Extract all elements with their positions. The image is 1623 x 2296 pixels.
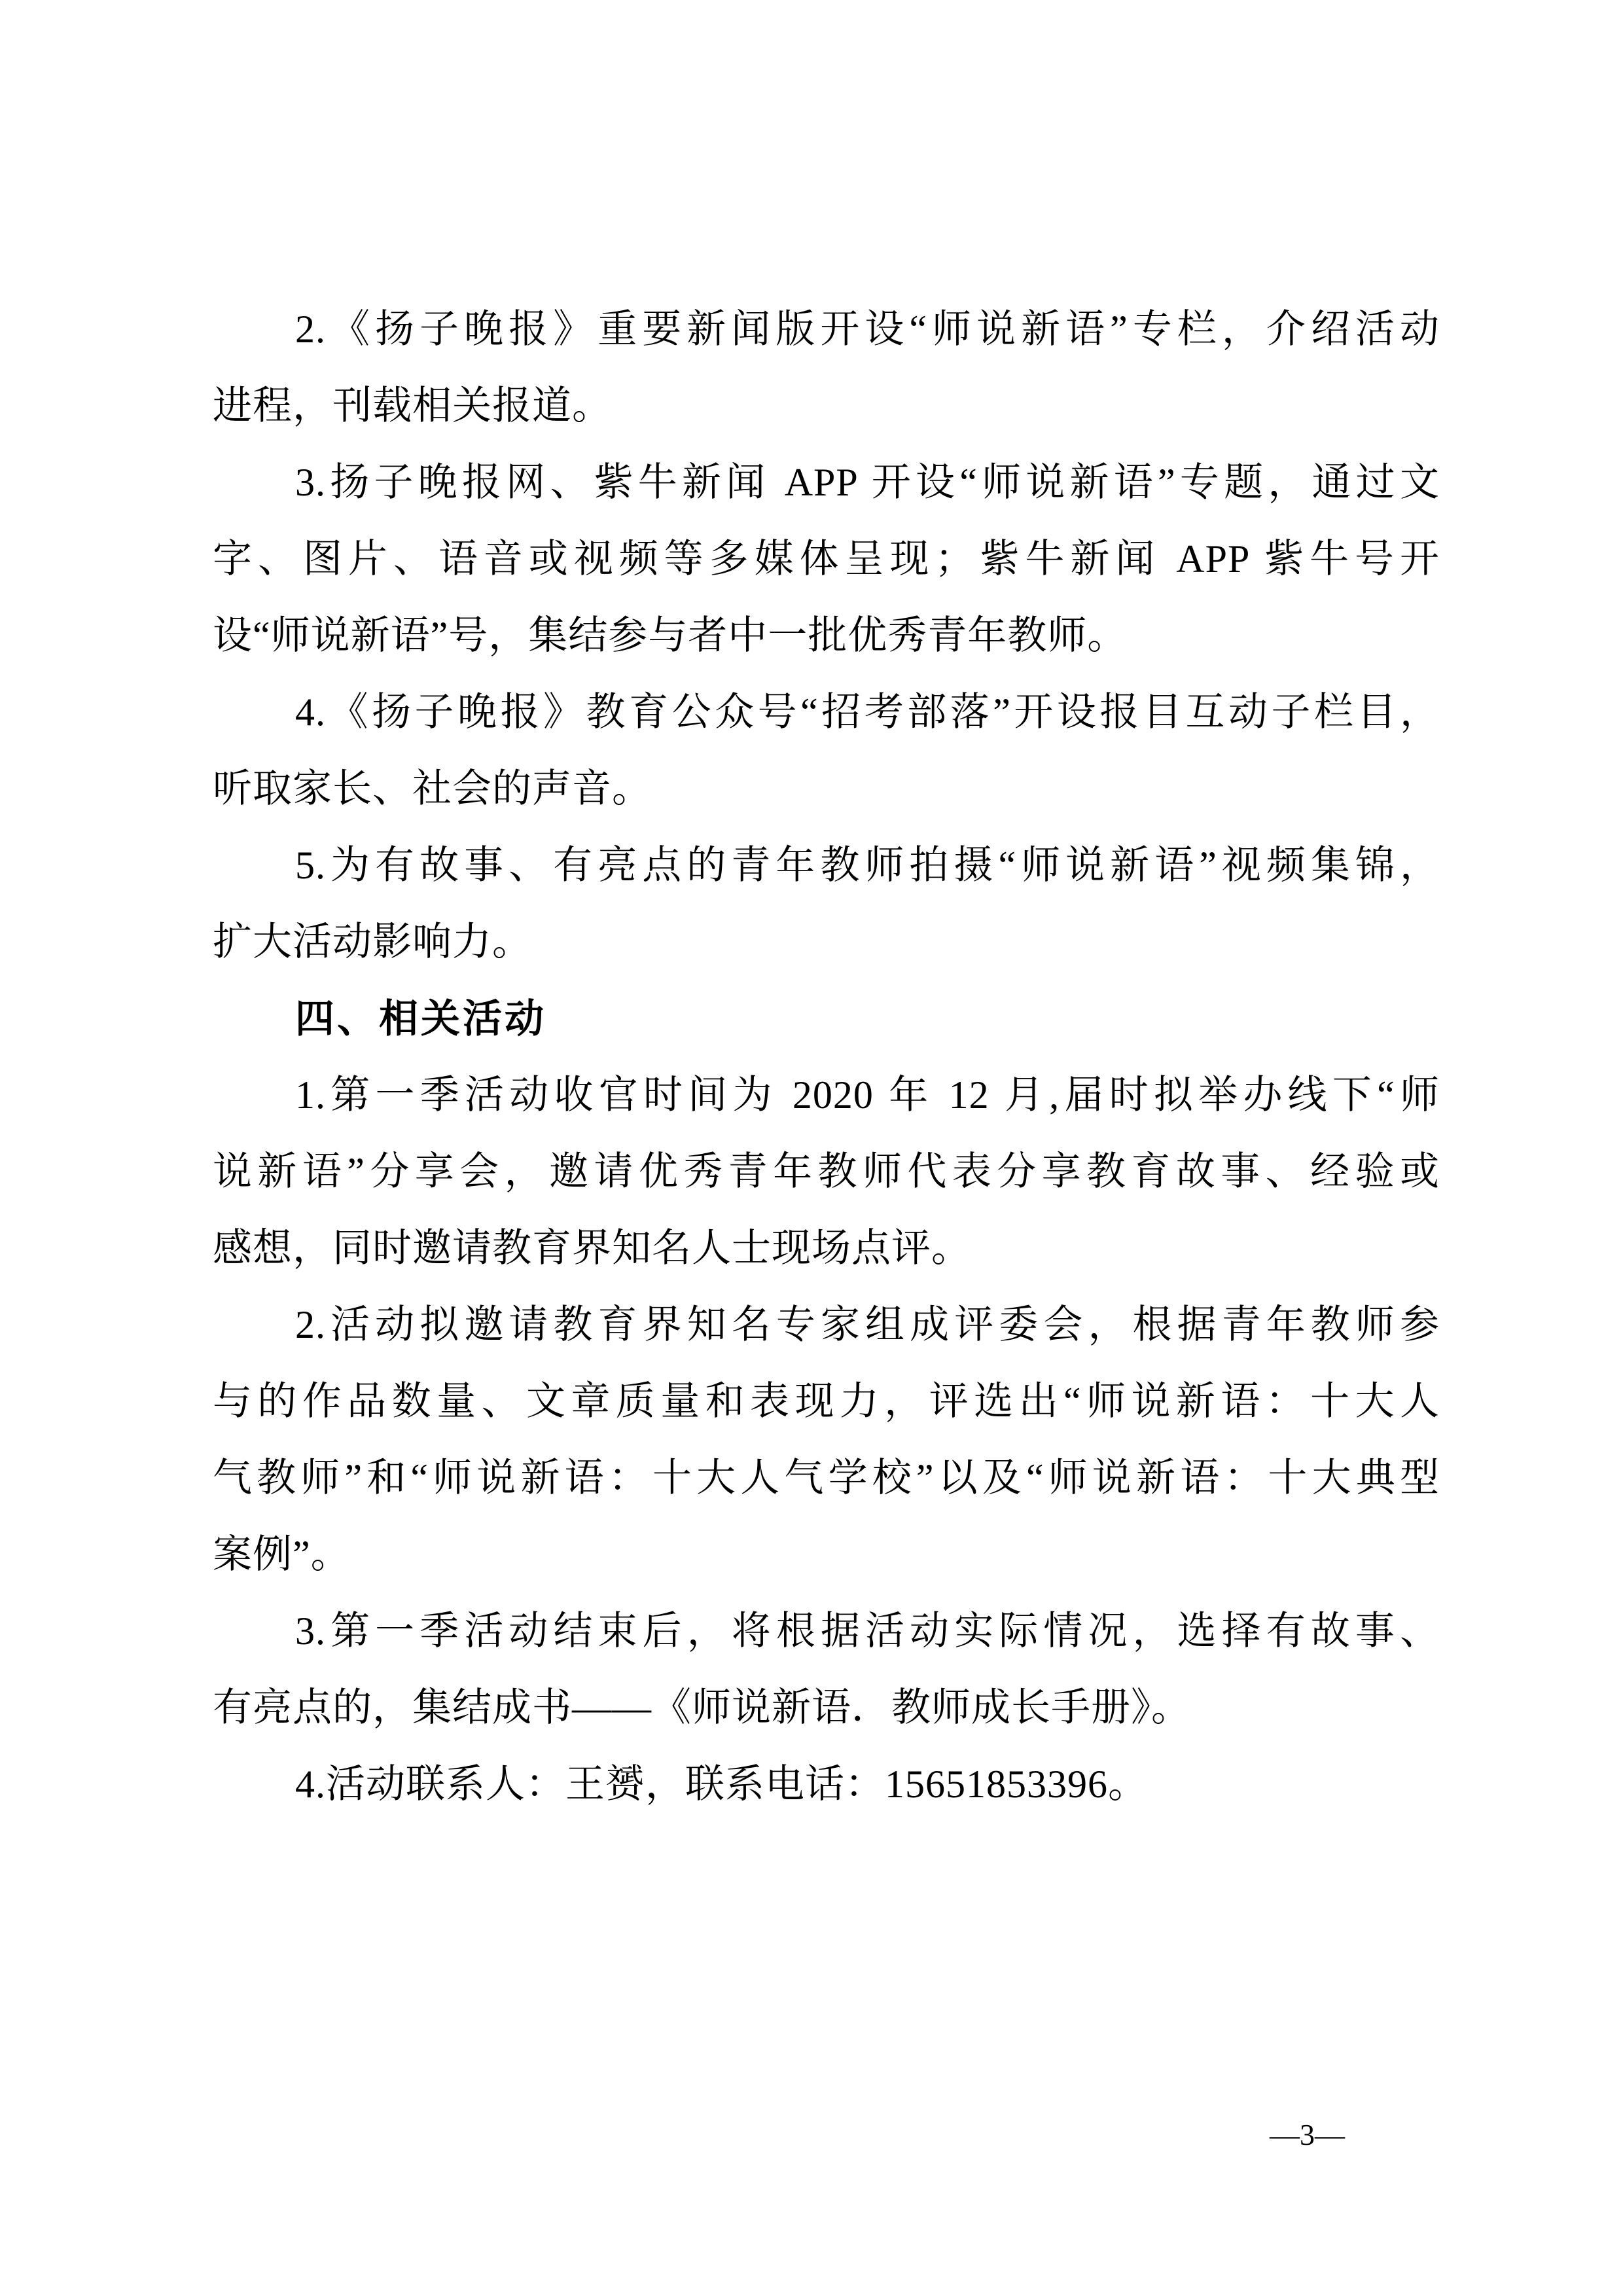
text-line: 3.扬子晚报网、紫牛新闻 APP 开设“师说新语”专题，通过文 [213, 444, 1440, 521]
text-line: 1.第一季活动收官时间为 2020 年 12 月,届时拟举办线下“师 [213, 1057, 1440, 1134]
page-number: —3— [1247, 2115, 1368, 2155]
text-line: 听取家长、社会的声音。 [213, 751, 1440, 827]
text-line: 气教师”和“师说新语：十大人气学校”以及“师说新语：十大典型 [213, 1440, 1440, 1516]
text-line: 2.活动拟邀请教育界知名专家组成评委会，根据青年教师参 [213, 1287, 1440, 1363]
text-line: 3.第一季活动结束后，将根据活动实际情况，选择有故事、 [213, 1593, 1440, 1670]
text-line: 4.《扬子晚报》教育公众号“招考部落”开设报目互动子栏目， [213, 674, 1440, 751]
text-line: 2.《扬子晚报》重要新闻版开设“师说新语”专栏，介绍活动 [213, 291, 1440, 368]
text-line: 字、图片、语音或视频等多媒体呈现；紫牛新闻 APP 紫牛号开 [213, 521, 1440, 598]
text-line: 与的作品数量、文章质量和表现力，评选出“师说新语：十大人 [213, 1363, 1440, 1440]
document-page: 2.《扬子晚报》重要新闻版开设“师说新语”专栏，介绍活动进程，刊载相关报道。3.… [0, 0, 1623, 2296]
text-line: 4.活动联系人：王赟，联系电话：15651853396。 [213, 1746, 1440, 1823]
text-line: 5.为有故事、有亮点的青年教师拍摄“师说新语”视频集锦， [213, 827, 1440, 904]
document-body: 2.《扬子晚报》重要新闻版开设“师说新语”专栏，介绍活动进程，刊载相关报道。3.… [213, 291, 1440, 1823]
text-line: 扩大活动影响力。 [213, 904, 1440, 980]
text-line: 进程，刊载相关报道。 [213, 368, 1440, 444]
text-line: 设“师说新语”号，集结参与者中一批优秀青年教师。 [213, 598, 1440, 674]
text-line: 说新语”分享会，邀请优秀青年教师代表分享教育故事、经验或 [213, 1134, 1440, 1210]
text-line: 感想，同时邀请教育界知名人士现场点评。 [213, 1210, 1440, 1287]
text-line: 案例”。 [213, 1516, 1440, 1593]
text-line: 有亮点的，集结成书——《师说新语．教师成长手册》。 [213, 1670, 1440, 1746]
section-heading: 四、相关活动 [213, 980, 1440, 1057]
